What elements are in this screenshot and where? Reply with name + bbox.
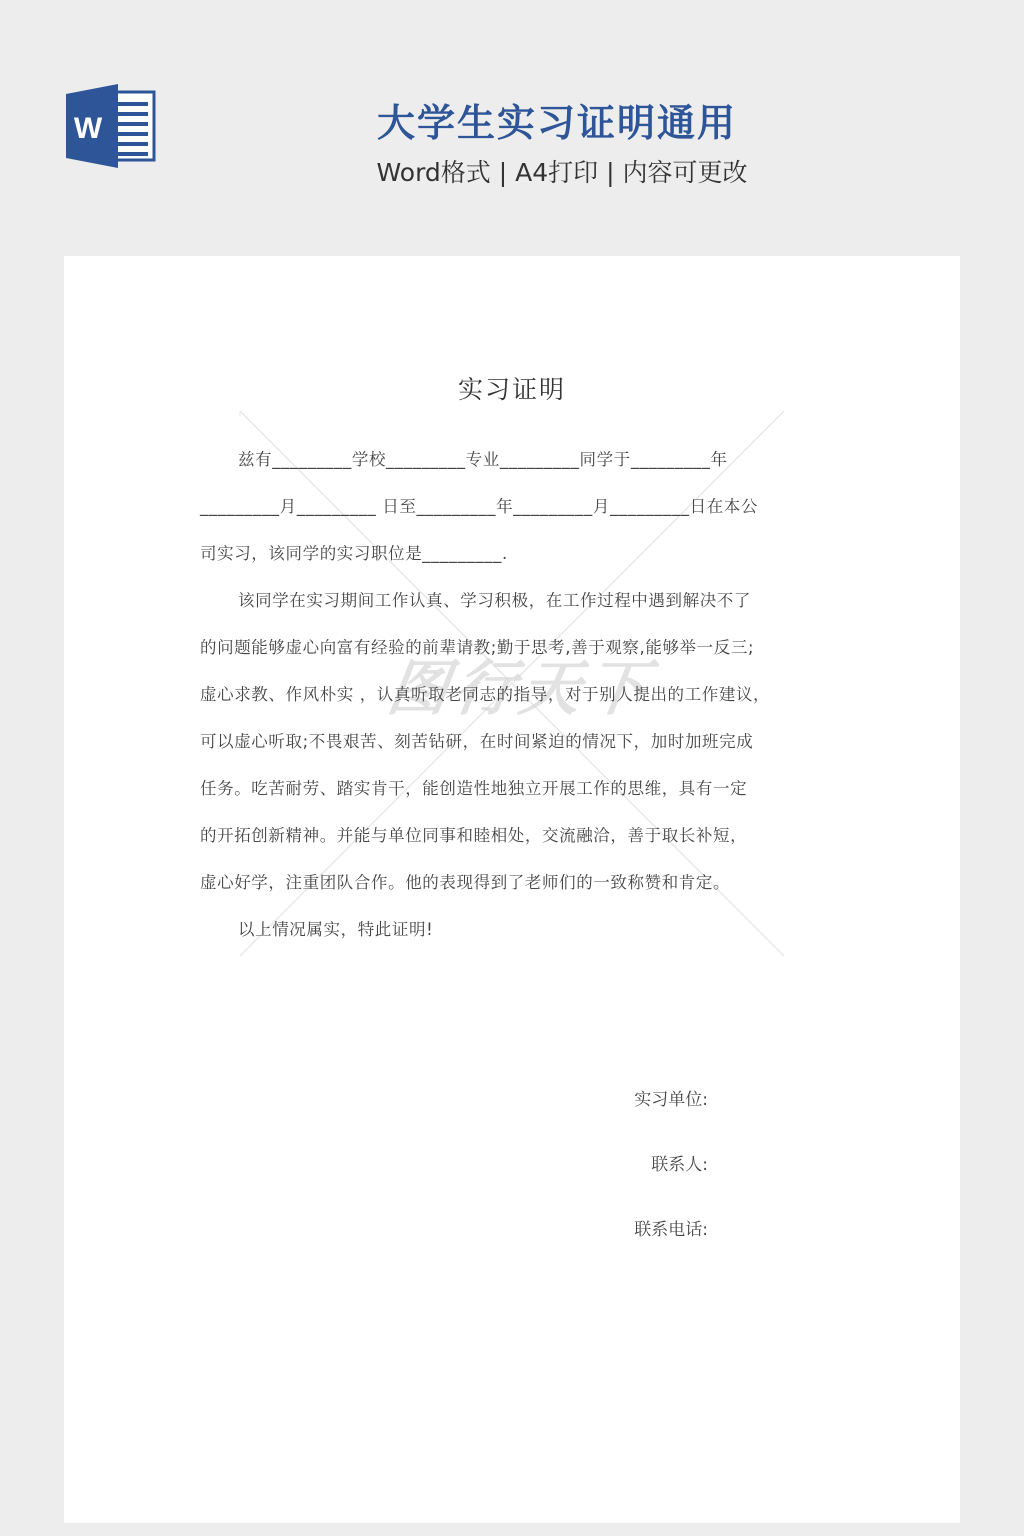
body-line: 虚心好学，注重团队合作。他的表现得到了老师们的一致称赞和肯定。	[200, 859, 824, 906]
document-page: 图行天下 实习证明 兹有_________学校_________专业______…	[64, 256, 960, 1523]
contact-person-label: 联系人:	[634, 1147, 708, 1212]
page-title: 大学生实习证明通用	[0, 92, 1024, 147]
body-line: 该同学在实习期间工作认真、学习积极，在工作过程中遇到解决不了	[200, 577, 824, 624]
body-line: 以上情况属实，特此证明!	[200, 906, 824, 953]
body-line: _________月_________ 日至_________年________…	[200, 483, 824, 530]
document-title: 实习证明	[64, 370, 960, 406]
body-line: 的问题能够虚心向富有经验的前辈请教;勤于思考,善于观察,能够举一反三;	[200, 624, 824, 671]
body-line: 可以虚心听取;不畏艰苦、刻苦钻研，在时间紧迫的情况下，加时加班完成	[200, 718, 824, 765]
body-line: 任务。吃苦耐劳、踏实肯干，能创造性地独立开展工作的思维，具有一定	[200, 765, 824, 812]
signature-block: 实习单位: 联系人: 联系电话:	[634, 1082, 708, 1277]
body-line: 的开拓创新精神。并能与单位同事和睦相处，交流融洽，善于取长补短，	[200, 812, 824, 859]
body-line: 虚心求教、作风朴实 ，认真听取老同志的指导，对于别人提出的工作建议，	[200, 671, 824, 718]
page-subtitle: Word格式 | A4打印 | 内容可更改	[0, 153, 1024, 189]
document-body: 兹有_________学校_________专业_________同学于____…	[200, 436, 824, 953]
intern-unit-label: 实习单位:	[634, 1082, 708, 1147]
body-line: 司实习，该同学的实习职位是_________.	[200, 530, 824, 577]
body-line: 兹有_________学校_________专业_________同学于____…	[200, 436, 824, 483]
contact-phone-label: 联系电话:	[634, 1212, 708, 1277]
